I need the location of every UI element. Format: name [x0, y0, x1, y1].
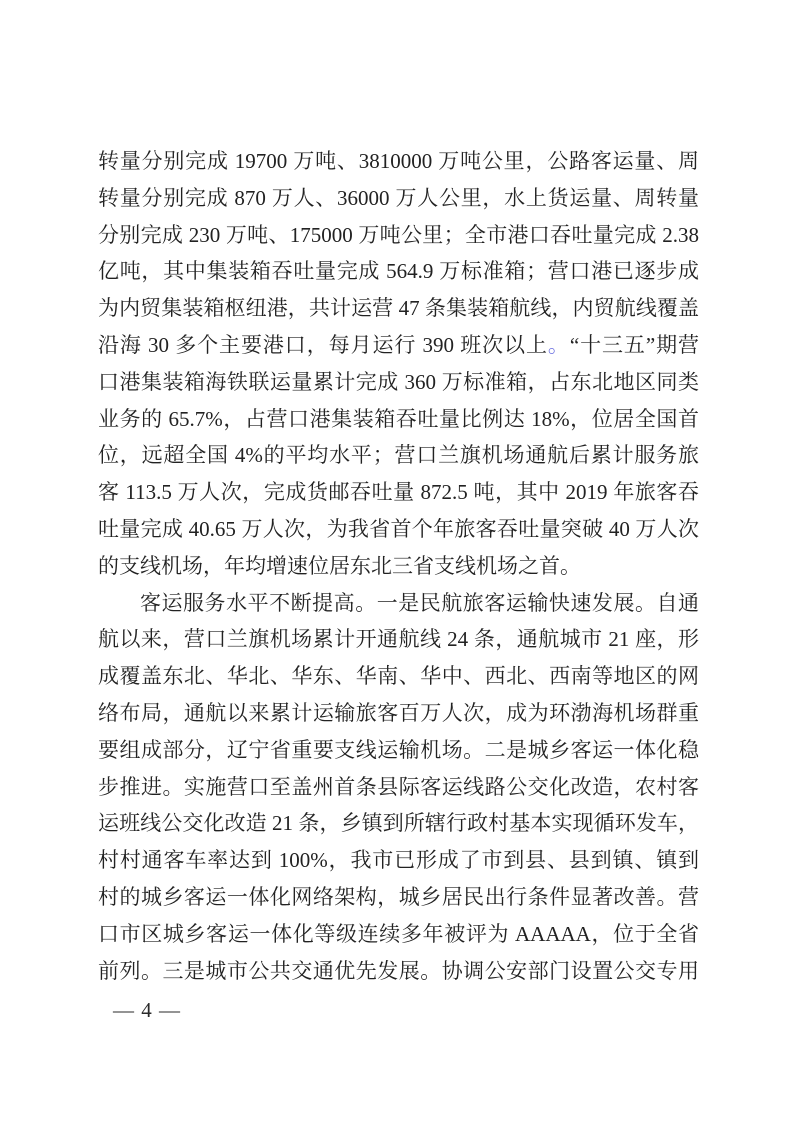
text-line: 口港集装箱海铁联运量累计完成 360 万标准箱，占东北地区同类: [98, 364, 699, 401]
text-segment: 业务的 65.7%，占营口港集装箱吞吐量比例达 18%，位居全国首: [98, 407, 699, 431]
text-line: 村村通客车率达到 100%，我市已形成了市到县、县到镇、镇到: [98, 842, 699, 879]
text-segment: 络布局，通航以来累计运输旅客百万人次，成为环渤海机场群重: [98, 701, 699, 725]
document-page: 转量分别完成 19700 万吨、3810000 万吨公里，公路客运量、周转量分别…: [0, 0, 793, 1122]
text-line: 业务的 65.7%，占营口港集装箱吞吐量比例达 18%，位居全国首: [98, 401, 699, 438]
text-line: 络布局，通航以来累计运输旅客百万人次，成为环渤海机场群重: [98, 695, 699, 732]
text-segment: 成覆盖东北、华北、华东、华南、华中、西北、西南等地区的网: [98, 664, 699, 688]
text-segment: 位，远超全国 4%的平均水平；营口兰旗机场通航后累计服务旅: [98, 443, 699, 467]
blue-period: 。: [548, 333, 570, 357]
text-segment: 航以来，营口兰旗机场累计开通航线 24 条，通航城市 21 座，形: [98, 627, 699, 651]
text-line: 转量分别完成 19700 万吨、3810000 万吨公里，公路客运量、周: [98, 143, 699, 180]
text-line: 位，远超全国 4%的平均水平；营口兰旗机场通航后累计服务旅: [98, 437, 699, 474]
text-line: 前列。三是城市公共交通优先发展。协调公安部门设置公交专用: [98, 953, 699, 990]
text-segment: 步推进。实施营口至盖州首条县际客运线路公交化改造，农村客: [98, 775, 699, 799]
text-line: 航以来，营口兰旗机场累计开通航线 24 条，通航城市 21 座，形: [98, 621, 699, 658]
text-segment: “十三五”期营: [570, 333, 699, 357]
text-segment: 客运服务水平不断提高。一是民航旅客运输快速发展。自通: [140, 591, 699, 615]
text-line: 客 113.5 万人次，完成货邮吞吐量 872.5 吨，其中 2019 年旅客吞: [98, 474, 699, 511]
text-line: 亿吨，其中集装箱吞吐量完成 564.9 万标准箱；营口港已逐步成: [98, 253, 699, 290]
text-line: 步推进。实施营口至盖州首条县际客运线路公交化改造，农村客: [98, 769, 699, 806]
text-line: 吐量完成 40.65 万人次，为我省首个年旅客吞吐量突破 40 万人次: [98, 511, 699, 548]
text-segment: 转量分别完成 870 万人、36000 万人公里，水上货运量、周转量: [98, 186, 699, 210]
text-segment: 为内贸集装箱枢纽港，共计运营 47 条集装箱航线，内贸航线覆盖: [98, 296, 699, 320]
text-segment: 村村通客车率达到 100%，我市已形成了市到县、县到镇、镇到: [98, 848, 699, 872]
text-segment: 要组成部分，辽宁省重要支线运输机场。二是城乡客运一体化稳: [98, 738, 699, 762]
text-line: 沿海 30 多个主要港口，每月运行 390 班次以上。“十三五”期营: [98, 327, 699, 364]
text-segment: 分别完成 230 万吨、175000 万吨公里；全市港口吞吐量完成 2.38: [98, 223, 699, 247]
text-segment: 前列。三是城市公共交通优先发展。协调公安部门设置公交专用: [98, 959, 699, 983]
text-line: 的支线机场，年均增速位居东北三省支线机场之首。: [98, 548, 699, 585]
text-segment: 沿海 30 多个主要港口，每月运行 390 班次以上: [98, 333, 548, 357]
text-segment: 口市区城乡客运一体化等级连续多年被评为 AAAAA，位于全省: [98, 922, 699, 946]
text-segment: 亿吨，其中集装箱吞吐量完成 564.9 万标准箱；营口港已逐步成: [98, 259, 699, 283]
page-number: — 4 —: [113, 998, 181, 1023]
text-line: 口市区城乡客运一体化等级连续多年被评为 AAAAA，位于全省: [98, 916, 699, 953]
text-segment: 转量分别完成 19700 万吨、3810000 万吨公里，公路客运量、周: [98, 149, 699, 173]
text-segment: 运班线公交化改造 21 条，乡镇到所辖行政村基本实现循环发车，: [98, 811, 699, 835]
text-segment: 村的城乡客运一体化网络架构，城乡居民出行条件显著改善。营: [98, 885, 699, 909]
text-line: 运班线公交化改造 21 条，乡镇到所辖行政村基本实现循环发车，: [98, 805, 699, 842]
text-line: 成覆盖东北、华北、华东、华南、华中、西北、西南等地区的网: [98, 658, 699, 695]
document-body: 转量分别完成 19700 万吨、3810000 万吨公里，公路客运量、周转量分别…: [98, 143, 699, 989]
text-line: 要组成部分，辽宁省重要支线运输机场。二是城乡客运一体化稳: [98, 732, 699, 769]
text-segment: 的支线机场，年均增速位居东北三省支线机场之首。: [98, 554, 581, 578]
text-line: 客运服务水平不断提高。一是民航旅客运输快速发展。自通: [98, 585, 699, 622]
text-line: 村的城乡客运一体化网络架构，城乡居民出行条件显著改善。营: [98, 879, 699, 916]
text-line: 转量分别完成 870 万人、36000 万人公里，水上货运量、周转量: [98, 180, 699, 217]
text-line: 分别完成 230 万吨、175000 万吨公里；全市港口吞吐量完成 2.38: [98, 217, 699, 254]
text-segment: 客 113.5 万人次，完成货邮吞吐量 872.5 吨，其中 2019 年旅客吞: [98, 480, 699, 504]
text-line: 为内贸集装箱枢纽港，共计运营 47 条集装箱航线，内贸航线覆盖: [98, 290, 699, 327]
text-segment: 吐量完成 40.65 万人次，为我省首个年旅客吞吐量突破 40 万人次: [98, 517, 699, 541]
text-segment: 口港集装箱海铁联运量累计完成 360 万标准箱，占东北地区同类: [98, 370, 699, 394]
